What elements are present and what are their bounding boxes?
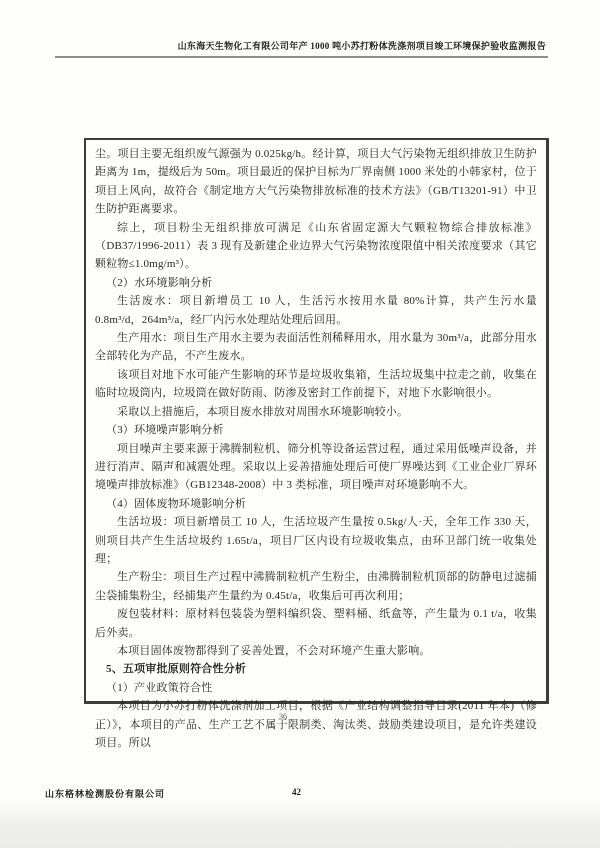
content-box: 尘。项目主要无组织废气源强为 0.025kg/h。经计算，项目大气污染物无组织排… [84, 138, 549, 704]
paragraph: 该项目对地下水可能产生影响的环节是垃圾收集箱，生活垃圾集中拉走之前，收集在临时垃… [95, 366, 537, 403]
header-divider [55, 56, 548, 58]
paragraph: （1）产业政策符合性 [95, 679, 537, 697]
paragraph: 废包装材料：原材料包装袋为塑料编织袋、塑料桶、纸盒等，产生量为 0.1 t/a，… [95, 605, 537, 642]
scan-artifact-shading [0, 798, 600, 848]
body-text: 尘。项目主要无组织废气源强为 0.025kg/h。经计算，项目大气污染物无组织排… [95, 145, 537, 752]
document-page: 山东海天生物化工有限公司年产 1000 吨小苏打粉体洗涤剂项目竣工环境保护验收监… [0, 0, 600, 848]
paragraph: （4）固体废物环境影响分析 [95, 495, 537, 513]
paragraph: 尘。项目主要无组织废气源强为 0.025kg/h。经计算，项目大气污染物无组织排… [95, 145, 537, 219]
paragraph: 采取以上措施后，本项目废水排放对周围水环境影响较小。 [95, 403, 537, 421]
footer-page-number: 42 [292, 787, 301, 797]
section-page-number: 36 [279, 712, 287, 721]
paragraph: 生活废水：项目新增员工 10 人，生活污水按用水量 80%计算，共产生污水量 0… [95, 292, 537, 329]
paragraph: （3）环境噪声影响分析 [95, 421, 537, 439]
paragraph: 本项目固体废物都得到了妥善处置，不会对环境产生重大影响。 [95, 642, 537, 660]
paragraph: （2）水环境影响分析 [95, 274, 537, 292]
paragraph: 综上，项目粉尘无组织排放可满足《山东省固定源大气颗粒物综合排放标准》（DB37/… [95, 219, 537, 274]
paragraph: 生产粉尘：项目生产过程中沸腾制粒机产生粉尘，由沸腾制粒机顶部的防静电过滤捕尘袋捕… [95, 568, 537, 605]
paragraph: 生产用水：项目生产用水主要为表面活性剂稀释用水，用水量为 30m³/a，此部分用… [95, 329, 537, 366]
paragraph: 项目噪声主要来源于沸腾制粒机、筛分机等设备运营过程，通过采用低噪声设备，并进行消… [95, 440, 537, 495]
footer-company-name: 山东格林检测股份有限公司 [45, 787, 165, 800]
section-title: 5、五项审批原则符合性分析 [95, 660, 537, 678]
paragraph: 本项目为小苏打粉体洗涤剂加工项目，根据《产业结构调整指导目录(2011 年本)（… [95, 697, 537, 752]
report-header-title: 山东海天生物化工有限公司年产 1000 吨小苏打粉体洗涤剂项目竣工环境保护验收监… [178, 39, 546, 52]
paragraph: 生活垃圾：项目新增员工 10 人，生活垃圾产生量按 0.5kg/人·天，全年工作… [95, 513, 537, 568]
